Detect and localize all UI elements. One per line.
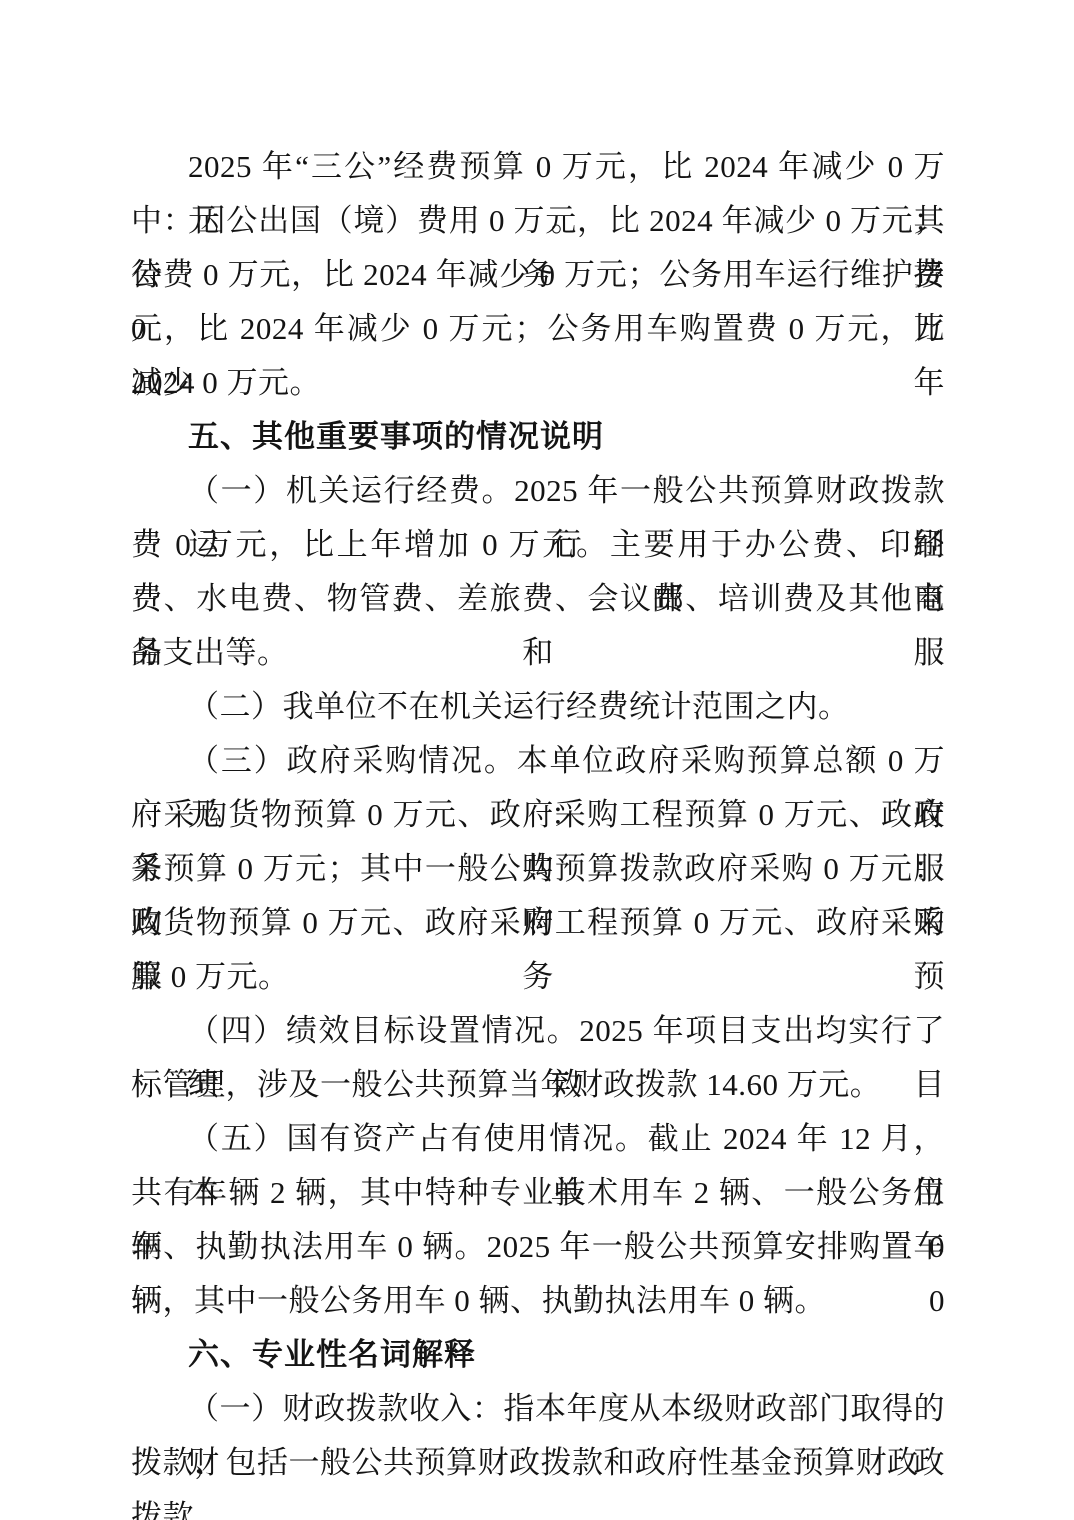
text-line: 辆，其中一般公务用车 0 辆、执勤执法用车 0 辆。: [131, 1274, 945, 1328]
document-content: 2025 年“三公”经费预算 0 万元，比 2024 年减少 0 万元。其中：因…: [131, 140, 945, 1490]
section-heading: 五、其他重要事项的情况说明: [131, 410, 945, 464]
text-line: （一）机关运行经费。2025 年一般公共预算财政拨款运行经: [131, 464, 945, 518]
text-line: （五）国有资产占有使用情况。截止 2024 年 12 月，本单位: [131, 1112, 945, 1166]
text-line: 待费 0 万元，比 2024 年减少 0 万元；公务用车运行维护费 0 万: [131, 248, 945, 302]
document-page: 2025 年“三公”经费预算 0 万元，比 2024 年减少 0 万元。其中：因…: [0, 0, 1074, 1520]
text-line: （四）绩效目标设置情况。2025 年项目支出均实行了绩效目: [131, 1004, 945, 1058]
section-heading: 六、专业性名词解释: [131, 1328, 945, 1382]
text-line: 费 0 万元，比上年增加 0 万元。主要用于办公费、印刷费、邮电: [131, 518, 945, 572]
text-line: 元，比 2024 年减少 0 万元；公务用车购置费 0 万元，比 2024 年: [131, 302, 945, 356]
text-line: 中：因公出国（境）费用 0 万元，比 2024 年减少 0 万元；公务接: [131, 194, 945, 248]
text-line: 拨款，包括一般公共预算财政拨款和政府性基金预算财政拨款。: [131, 1436, 945, 1490]
text-line: 购货物预算 0 万元、政府采购工程预算 0 万元、政府采购服务预: [131, 896, 945, 950]
text-line: 费、水电费、物管费、差旅费、会议费、培训费及其他商品和服: [131, 572, 945, 626]
text-line: 辆、执勤执法用车 0 辆。2025 年一般公共预算安排购置车辆 0: [131, 1220, 945, 1274]
text-line: （一）财政拨款收入：指本年度从本级财政部门取得的财政: [131, 1382, 945, 1436]
text-line: 府采购货物预算 0 万元、政府采购工程预算 0 万元、政府采购服: [131, 788, 945, 842]
text-line: （二）我单位不在机关运行经费统计范围之内。: [131, 680, 945, 734]
text-line: 共有车辆 2 辆，其中特种专业技术用车 2 辆、一般公务用车 0: [131, 1166, 945, 1220]
text-line: 务预算 0 万元；其中一般公共预算拨款政府采购 0 万元：政府采: [131, 842, 945, 896]
text-line: 2025 年“三公”经费预算 0 万元，比 2024 年减少 0 万元。其: [131, 140, 945, 194]
text-line: 标管理，涉及一般公共预算当年财政拨款 14.60 万元。: [131, 1058, 945, 1112]
text-line: （三）政府采购情况。本单位政府采购预算总额 0 万元：政: [131, 734, 945, 788]
